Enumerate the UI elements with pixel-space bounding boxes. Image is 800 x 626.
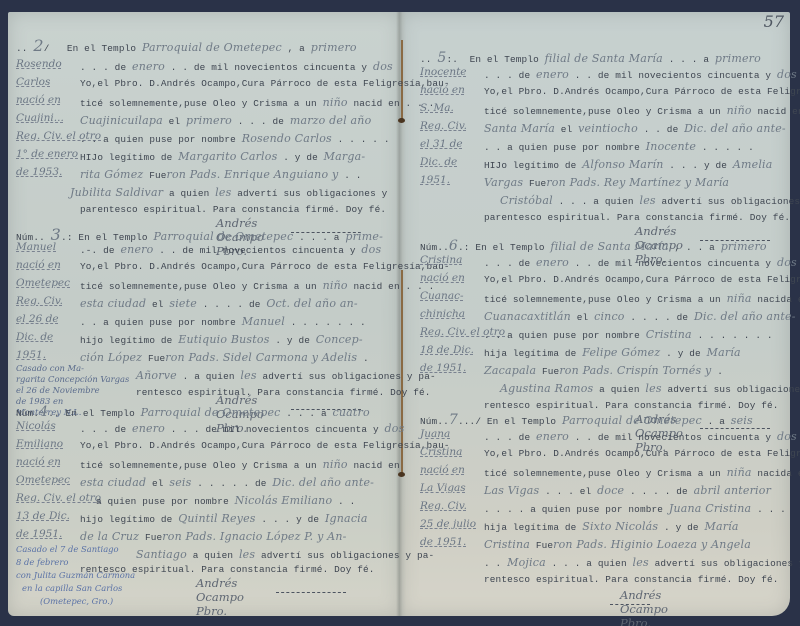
handwritten-field: niño: [727, 104, 752, 117]
handwritten-field: cuatro: [333, 406, 370, 419]
leader-dots: . . .: [545, 486, 574, 497]
margin-annotation: 1951.: [420, 174, 450, 186]
handwritten-field: Zacapala: [484, 364, 536, 377]
handwritten-field: esta ciudad: [80, 297, 146, 310]
handwritten-field: seis: [731, 414, 753, 427]
handwritten-field: primero: [311, 41, 357, 54]
typed-line: rentesco espiritual. Para constancia fir…: [484, 400, 779, 411]
handwritten-field: Amelia: [733, 158, 773, 171]
leader-dots: . . . a: [299, 232, 339, 243]
leader-dots: . .: [159, 245, 176, 256]
binding-knot: [398, 472, 405, 477]
handwritten-field: Vargas: [484, 176, 523, 189]
leader-dots: , . . a: [674, 242, 714, 253]
typed-line: Núm.. 3.: En el Templo Parroquial de Ome…: [16, 225, 383, 244]
typed-line: . . . de enero . . de mil novecientos ci…: [484, 256, 797, 269]
handwritten-field: Alfonso Marín: [582, 158, 663, 171]
margin-annotation: Reg. Civ.: [420, 500, 467, 512]
margin-annotation: nació en: [420, 84, 465, 96]
typed-line: ticé solemnemente,puse Oleo y Crisma a u…: [80, 279, 434, 292]
typed-line: esta ciudad el seis . . . . . de Dic. de…: [80, 476, 374, 489]
margin-annotation: 25 de julio: [420, 518, 476, 530]
typed-line: Núm..7.../ En el Templo Parroquial de Om…: [420, 412, 753, 428]
typed-line: HIJo legítimo de Alfonso Marín . . . y d…: [484, 158, 773, 171]
leader-dots: . .: [484, 558, 501, 569]
typed-line: Jubilita Saldivar a quien les advertí su…: [70, 186, 387, 199]
typed-line: de la Cruz Fueron Pads. Ignacio López P.…: [80, 530, 347, 543]
handwritten-field: Cuajinicuilapa: [80, 114, 163, 127]
typed-line: . . a quien puse por nombre Cristina . .…: [484, 328, 773, 341]
handwritten-field: enero: [536, 430, 569, 443]
typed-line: rentesco espiritual. Para constancia fir…: [484, 574, 779, 585]
leader-dots: . . . a: [669, 54, 709, 65]
margin-annotation: nació en: [420, 464, 465, 476]
handwritten-field: Santa María: [484, 122, 555, 135]
handwritten-field: dos: [777, 256, 797, 269]
typed-line: hija legítima de Sixto Nicolás . y de Ma…: [484, 520, 739, 533]
leader-dots: . . .: [80, 62, 109, 73]
page-number: 57: [764, 12, 784, 31]
typed-line: Yo,el Pbro. D.Andrés Ocampo,Cura Párroco…: [484, 448, 800, 459]
leader-dots: . . .: [171, 424, 200, 435]
typed-line: Santa María el veintiocho . . de Dic. de…: [484, 122, 786, 135]
handwritten-field: Juana Cristina: [669, 502, 751, 515]
typed-line: . . . de enero . . de mil novecientos ci…: [484, 430, 797, 443]
leader-dots: . . . . . . .: [291, 317, 366, 328]
leader-dots: .: [275, 335, 281, 346]
handwritten-field: primero: [715, 52, 761, 65]
leader-dots: . .: [80, 317, 97, 328]
margin-annotation: Manuel: [16, 241, 56, 253]
leader-dots: . .: [484, 142, 501, 153]
leader-dots: . . .: [757, 504, 786, 515]
typed-line: Yo,el Pbro. D.Andrés Ocampo,Cura Párroco…: [80, 440, 450, 451]
handwritten-field: Parroquial de Ometepec: [141, 406, 281, 419]
leader-dots: . . .: [669, 160, 698, 171]
margin-annotation: Dic. de: [16, 331, 53, 343]
typed-line: Cuajinicuilapa el primero . . . de marzo…: [80, 114, 371, 127]
leader-dots: . . .: [484, 432, 513, 443]
margin-annotation: Reg. Civ.: [420, 120, 467, 132]
margin-note: con Julita Guzmán Carmona: [16, 570, 135, 580]
handwritten-field: veintiocho: [578, 122, 638, 135]
handwritten-field: de la Cruz: [80, 530, 139, 543]
leader-dots: . . . a: [286, 408, 326, 419]
margin-annotation: nació en: [16, 259, 61, 271]
handwritten-field: ron Pads. Higinio Loaeza y Angela: [553, 538, 751, 551]
handwritten-field: Felipe Gómez: [582, 346, 660, 359]
handwritten-field: les: [239, 548, 255, 561]
margin-note: 8 de febrero: [16, 557, 68, 567]
margin-note: (Ometepec, Gro.): [40, 596, 113, 606]
leader-dots: . . . .: [630, 312, 670, 323]
leader-dots: .: [283, 152, 289, 163]
typed-line: Cristina Fueron Pads. Higinio Loaeza y A…: [484, 538, 751, 551]
leader-dots: . .: [484, 330, 501, 341]
handwritten-field: les: [633, 556, 649, 569]
handwritten-field: Quintil Reyes: [178, 512, 255, 525]
handwritten-field: 2: [33, 36, 43, 55]
margin-annotation: 18 de Dic.: [420, 344, 474, 356]
handwritten-field: les: [645, 382, 661, 395]
handwritten-field: Margarito Carlos: [178, 150, 277, 163]
binding-knot: [398, 118, 405, 123]
typed-line: Cuanacaxtitlán el cinco . . . . de Dic. …: [484, 310, 796, 323]
handwritten-field: Concep-: [316, 333, 363, 346]
margin-annotation: de 1951.: [420, 536, 466, 548]
handwritten-field: Dic. del año ante-: [694, 310, 796, 323]
handwritten-field: primero: [186, 114, 232, 127]
typed-line: . . . . a quien puse por nombre Juana Cr…: [484, 502, 786, 515]
handwritten-field: Parroquial de Ometepec: [153, 230, 293, 243]
typed-line: .-. de enero . . de mil novecientos cinc…: [80, 243, 381, 256]
typed-line: . . Mojica . . . a quien les advertí sus…: [484, 556, 800, 569]
handwritten-field: primero: [721, 240, 767, 253]
typed-line: hijo legítimo de Eutiquio Bustos . y de …: [80, 333, 363, 346]
handwritten-field: niño: [323, 458, 348, 471]
handwritten-field: Agustina Ramos: [500, 382, 593, 395]
leader-dots: . .: [344, 170, 361, 181]
handwritten-field: enero: [132, 422, 165, 435]
typed-line: rita Gómez Fueron Pads. Enrique Anguiano…: [80, 168, 362, 181]
handwritten-field: Eutiquio Bustos: [178, 333, 269, 346]
leader-dots: .: [717, 366, 723, 377]
typed-line: a quien puse por nombre Nicolás Emiliano…: [96, 494, 355, 507]
typed-line: . . . de enero . . de mil novecientos ci…: [80, 60, 393, 73]
margin-note: rgarita Concepción Vargas: [16, 374, 129, 384]
leader-dots: ..: [420, 54, 432, 65]
leader-dots: .: [666, 348, 672, 359]
typed-line: Núm.4.. En el Templo Parroquial de Omete…: [16, 404, 370, 420]
leader-dots: , a: [288, 43, 305, 54]
signature-line: [276, 592, 346, 593]
handwritten-field: ron Pads. Crispín Tornés y: [559, 364, 711, 377]
typed-line: Yo,el Pbro. D.Andrés Ocampo,Cura Párroco…: [484, 274, 800, 285]
handwritten-field: Nicolás Emiliano: [235, 494, 333, 507]
handwritten-field: dos: [373, 60, 393, 73]
handwritten-field: dos: [361, 243, 381, 256]
margin-note: Casado con Ma-: [16, 363, 84, 373]
margin-annotation: nació en: [16, 456, 61, 468]
handwritten-field: dos: [777, 430, 797, 443]
handwritten-field: Cristóbal: [500, 194, 553, 207]
handwritten-field: Cristina: [646, 328, 692, 341]
leader-dots: ..: [16, 43, 28, 54]
margin-annotation: Cristina: [420, 254, 462, 266]
typed-line: . . . de enero . . . de mil novecientos …: [80, 422, 404, 435]
typed-line: ción López Fueron Pads. Sidel Carmona y …: [80, 351, 369, 364]
typed-line: ticé solemnemente,puse Oleo y Crisma a u…: [80, 96, 434, 109]
handwritten-field: Cuanacaxtitlán: [484, 310, 571, 323]
handwritten-field: 6: [449, 238, 458, 254]
typed-line: rentesco espiritual. Para constancia fir…: [136, 387, 431, 398]
typed-line: hijo legítimo de Quintil Reyes . . . y d…: [80, 512, 368, 525]
margin-annotation: S. Ma.: [420, 102, 454, 114]
typed-line: Vargas Fueron Pads. Rey Martínez y María: [484, 176, 729, 189]
handwritten-field: Ignacia: [325, 512, 368, 525]
leader-dots: . . . .: [484, 504, 524, 515]
handwritten-field: niño: [323, 96, 348, 109]
handwritten-field: filial de Santa María: [545, 52, 663, 65]
margin-annotation: Emiliano: [16, 438, 63, 450]
leader-dots: .-.: [80, 245, 97, 256]
handwritten-field: ción López: [80, 351, 142, 364]
handwritten-field: Manuel: [242, 315, 285, 328]
leader-dots: . .: [575, 432, 592, 443]
leader-dots: . . .: [559, 196, 588, 207]
handwritten-field: prime-: [345, 230, 383, 243]
handwritten-field: niña: [727, 292, 752, 305]
handwritten-field: Parroquial de Ometepec: [562, 414, 702, 427]
margin-annotation: Reg. Civ.: [16, 295, 63, 307]
typed-line: Agustina Ramos a quien les advertí sus o…: [500, 382, 800, 395]
margin-annotation: Nicolás: [16, 420, 56, 432]
typed-line: Santiago a quien les advertí sus obligac…: [136, 548, 434, 561]
typed-line: parentesco espiritual. Para constancia f…: [484, 212, 790, 223]
margin-annotation: Dic. de: [420, 156, 457, 168]
margin-annotation: nació en: [420, 272, 465, 284]
margin-annotation: Cuajini...: [16, 112, 64, 124]
handwritten-field: les: [240, 369, 256, 382]
typed-line: esta ciudad el siete . . . . de Oct. del…: [80, 297, 358, 310]
leader-dots: . a: [708, 416, 725, 427]
leader-dots: . . . . . . .: [698, 330, 773, 341]
margin-annotation: el 26 de: [16, 313, 59, 325]
handwritten-field: filial de Santa María: [550, 240, 668, 253]
handwritten-field: esta ciudad: [80, 476, 146, 489]
typed-line: Núm..6.: En el Templo filial de Santa Ma…: [420, 238, 767, 254]
handwritten-field: les: [215, 186, 231, 199]
handwritten-field: ron Pads. Sidel Carmona y Adelis: [165, 351, 357, 364]
handwritten-field: Cristina: [484, 538, 530, 551]
leader-dots: /: [44, 43, 50, 54]
margin-annotation: 1° de enero: [16, 148, 78, 160]
margin-annotation: Ometepec: [16, 474, 70, 486]
leader-dots: . . . . .: [338, 134, 390, 145]
typed-line: ticé solemnemente,puse Oleo y Crisma a u…: [80, 458, 400, 471]
leader-dots: . . .: [484, 258, 513, 269]
leader-dots: . .: [80, 134, 97, 145]
handwritten-field: Parroquial de Ometepec: [142, 41, 282, 54]
leader-dots: . .: [171, 62, 188, 73]
handwritten-field: abril anterior: [694, 484, 771, 497]
leader-dots: . .: [575, 258, 592, 269]
handwritten-field: María: [705, 520, 739, 533]
leader-dots: . . . .: [203, 299, 243, 310]
handwritten-field: cinco: [594, 310, 625, 323]
handwritten-field: seis: [169, 476, 191, 489]
handwritten-field: enero: [536, 256, 569, 269]
handwritten-field: Rosendo Carlos: [242, 132, 332, 145]
leader-dots: . . .: [484, 70, 513, 81]
margin-annotation: 1951.: [16, 349, 46, 361]
typed-line: parentesco espiritual. Para constancia f…: [80, 204, 386, 215]
margin-annotation: de 1953.: [16, 166, 62, 178]
margin-annotation: el 31 de: [420, 138, 463, 150]
handwritten-field: Santiago: [136, 548, 187, 561]
typed-line: .. 2/ En el Templo Parroquial de Ometepe…: [16, 36, 357, 55]
margin-annotation: chinicha: [420, 308, 465, 320]
handwritten-field: Jubilita Saldivar: [70, 186, 163, 199]
typed-line: hija legítima de Felipe Gómez . y de Mar…: [484, 346, 741, 359]
handwritten-field: niña: [727, 466, 752, 479]
handwritten-field: 7: [449, 412, 458, 428]
handwritten-field: Inocente: [646, 140, 696, 153]
handwritten-field: marzo del año: [290, 114, 372, 127]
handwritten-field: dos: [777, 68, 797, 81]
handwritten-field: Dic. del año ante-: [272, 476, 374, 489]
leader-dots: . . .: [552, 558, 581, 569]
leader-dots: . . . .: [630, 486, 670, 497]
handwritten-field: Dic. del año ante-: [684, 122, 786, 135]
handwritten-field: les: [639, 194, 655, 207]
handwritten-field: ron Pads. Ignacio López P. y An-: [162, 530, 346, 543]
typed-line: Yo,el Pbro. D.Andrés Ocampo,Cura Párroco…: [80, 78, 450, 89]
priest-signature: Andrés Ocampo Pbro.: [196, 576, 244, 618]
leader-dots: . .: [575, 70, 592, 81]
handwritten-field: enero: [120, 243, 153, 256]
leader-dots: . . .: [238, 116, 267, 127]
leader-dots: . .: [644, 124, 661, 135]
typed-line: . . a quien puse por nombre Rosendo Carl…: [80, 132, 390, 145]
handwritten-field: Mojica: [507, 556, 546, 569]
margin-note: el 26 de Noviembre: [16, 385, 100, 395]
handwritten-field: 4: [39, 404, 48, 420]
handwritten-field: doce: [597, 484, 624, 497]
margin-annotation: nació en: [16, 94, 61, 106]
typed-line: Yo,el Pbro. D.Andrés Ocampo,Cura Párroco…: [484, 86, 800, 97]
handwritten-field: María: [707, 346, 741, 359]
handwritten-field: ron Pads. Enrique Anguiano y: [167, 168, 339, 181]
leader-dots: . . . . .: [197, 478, 249, 489]
typed-line: Zacapala Fueron Pads. Crispín Tornés y .: [484, 364, 723, 377]
typed-line: Cristóbal . . . a quien les advertí sus …: [500, 194, 800, 207]
typed-line: HIJo legítimo de Margarito Carlos . y de…: [80, 150, 365, 163]
signature-line: [700, 428, 770, 429]
leader-dots: . . . . .: [702, 142, 754, 153]
handwritten-field: enero: [132, 60, 165, 73]
margin-annotation: Cristina: [420, 446, 462, 458]
typed-line: ticé solemnemente,puse Oleo y Crisma a u…: [484, 292, 800, 305]
handwritten-field: Sixto Nicolás: [582, 520, 658, 533]
margin-annotation: Carlos: [16, 76, 50, 88]
typed-line: ticé solemnemente,puse Oleo y Crisma a u…: [484, 104, 800, 117]
typed-line: . . a quien puse por nombre Inocente . .…: [484, 140, 754, 153]
typed-line: Las Vigas . . . el doce . . . . de abril…: [484, 484, 771, 497]
typed-line: . . . de enero . . de mil novecientos ci…: [484, 68, 797, 81]
margin-annotation: de 1951.: [16, 528, 62, 540]
handwritten-field: dos: [385, 422, 405, 435]
margin-annotation: Reg. Civ. el otro: [16, 492, 101, 504]
leader-dots: . . .: [261, 514, 290, 525]
handwritten-field: ron Pads. Rey Martínez y María: [546, 176, 729, 189]
typed-line: Yo,el Pbro. D.Andrés Ocampo,Cura Párroco…: [80, 261, 450, 272]
priest-signature: Andrés Ocampo Pbro.: [620, 588, 668, 626]
margin-annotation: Ometepec: [16, 277, 70, 289]
leader-dots: .: [363, 353, 369, 364]
handwritten-field: Añorve: [136, 369, 177, 382]
typed-line: ticé solemnemente,puse Oleo y Crisma a u…: [484, 466, 800, 479]
handwritten-field: Marga-: [324, 150, 366, 163]
leader-dots: .: [183, 371, 189, 382]
margin-note: Casado el 7 de Santiago: [16, 544, 119, 554]
handwritten-field: enero: [536, 68, 569, 81]
margin-annotation: Rosendo: [16, 58, 62, 70]
typed-line: Añorve . a quien les advertí sus obligac…: [136, 369, 436, 382]
handwritten-field: 5: [437, 50, 446, 66]
margin-annotation: 13 de Dic.: [16, 510, 70, 522]
handwritten-field: siete: [169, 297, 197, 310]
leader-dots: . . .: [80, 424, 109, 435]
leader-dots: .: [664, 522, 670, 533]
margin-annotation: Juana: [420, 428, 450, 440]
handwritten-field: Las Vigas: [484, 484, 539, 497]
handwritten-field: niño: [323, 279, 348, 292]
margin-note: en la capilla San Carlos: [22, 583, 122, 593]
typed-line: .. 5:. En el Templo filial de Santa Marí…: [420, 50, 761, 66]
typed-line: . . a quien puse por nombre Manuel . . .…: [80, 315, 366, 328]
signature-line: [610, 604, 650, 605]
handwritten-field: rita Gómez: [80, 168, 143, 181]
margin-annotation: de 1951.: [420, 362, 466, 374]
margin-annotation: La Vigas: [420, 482, 466, 494]
leader-dots: . .: [338, 496, 355, 507]
handwritten-field: Oct. del año an-: [266, 297, 357, 310]
margin-annotation: Inocente: [420, 66, 467, 78]
margin-annotation: Cuanac-: [420, 290, 464, 302]
